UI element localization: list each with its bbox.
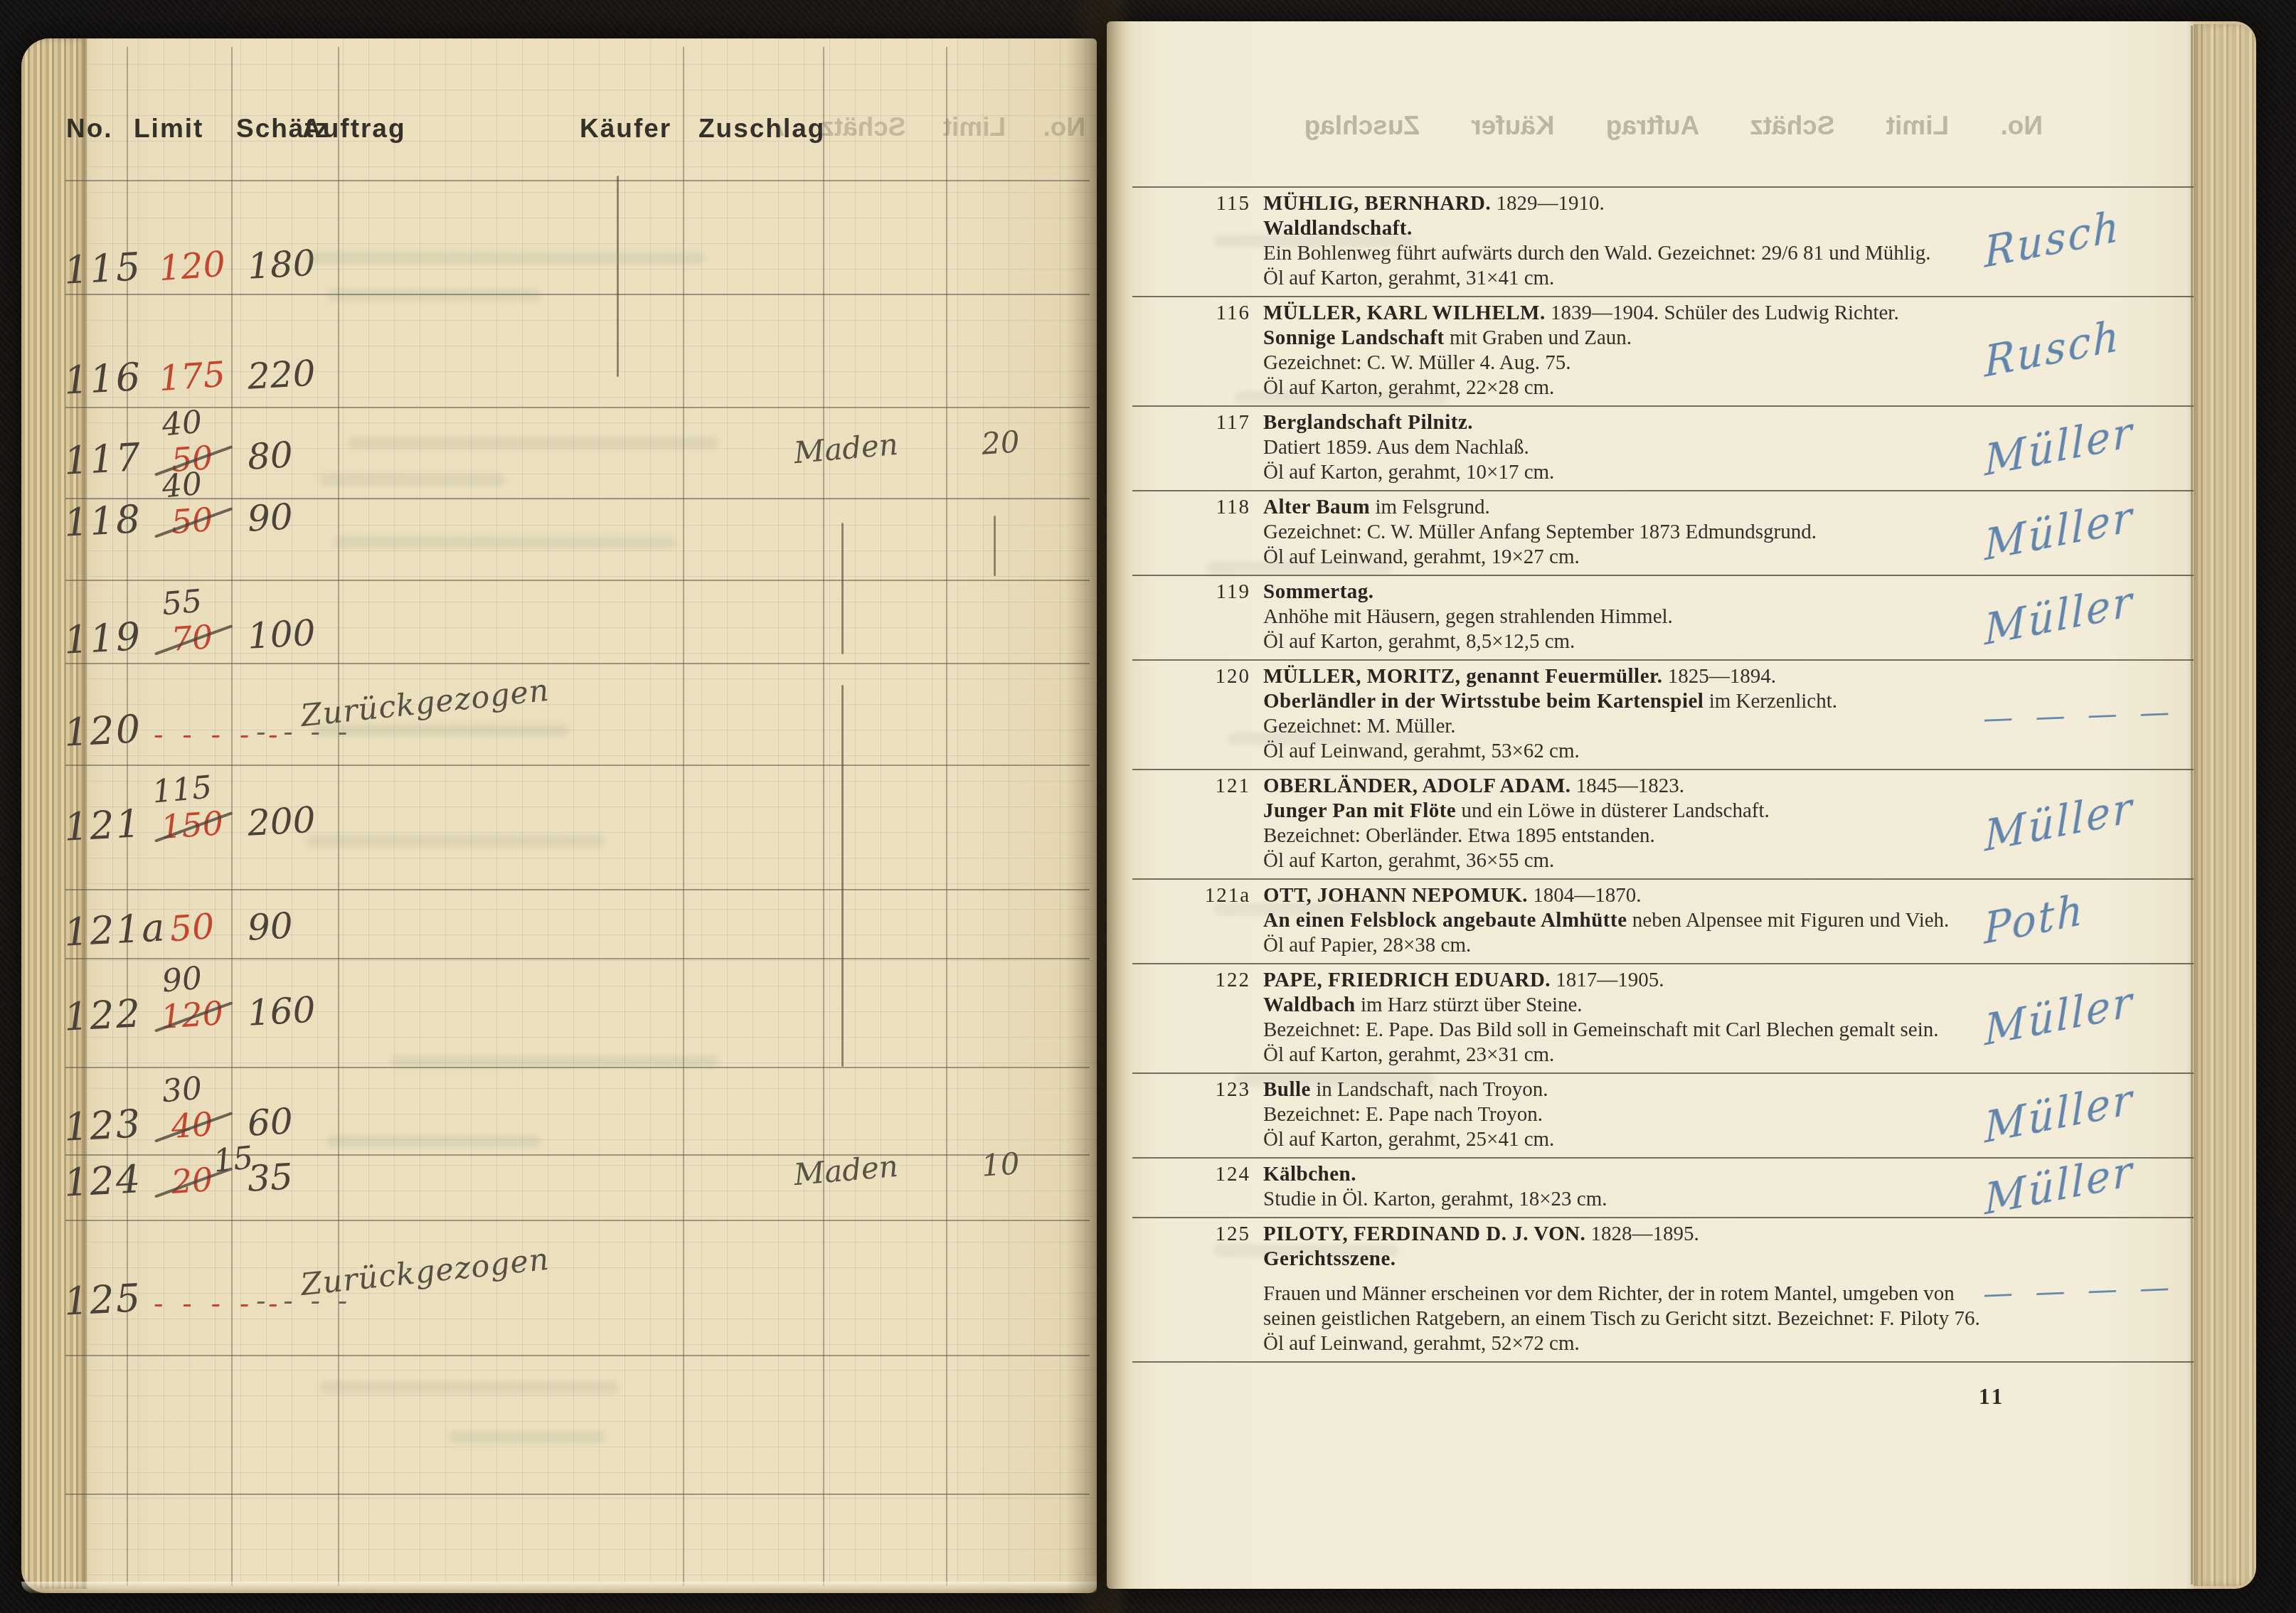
entry-text: Öl auf Karton, gerahmt, 22×28 cm. [1263, 376, 1554, 399]
entry-text-bold: MÜHLIG, BERNHARD. [1263, 192, 1491, 215]
entry-text: Gezeichnet: C. W. Müller Anfang Septembe… [1263, 521, 1817, 543]
entry-text-line: Öl auf Karton, gerahmt, 25×41 cm. [1263, 1127, 2067, 1152]
ledger-row: 120- - - - -- - - -Zurückgezogen [21, 661, 1097, 768]
entry-text-line: Studie in Öl. Karton, gerahmt, 18×23 cm. [1263, 1187, 2067, 1212]
catalog-entry: 122PAPE, FRIEDRICH EDUARD. 1817—1905.Wal… [1132, 964, 2242, 1074]
entry-lot-number: 116 [1132, 302, 1250, 325]
ledger-column-header: No. [66, 114, 113, 144]
buyer-annotation: Müller [1984, 1146, 2134, 1225]
pencil-stroke [841, 685, 844, 1067]
entry-text-line: seinen geistlichen Ratgebern, an einem T… [1263, 1306, 2067, 1331]
withdrawn-note: Zurückgezogen [299, 673, 551, 734]
lot-number: 115 [63, 244, 142, 293]
entry-text: Öl auf Karton, gerahmt, 25×41 cm. [1263, 1128, 1554, 1151]
entry-lot-number: 118 [1132, 496, 1250, 519]
page-stack-edge-right [2194, 24, 2256, 1586]
entry-text-line: Öl auf Papier, 28×38 cm. [1263, 933, 2067, 958]
buyer-name: Maden [792, 1149, 900, 1193]
entry-lot-number: 125 [1132, 1223, 1250, 1246]
limit-cell: 2015 [148, 1112, 236, 1211]
ledger-row-line [65, 1220, 1090, 1221]
catalog-entry: 124Kälbchen.Studie in Öl. Karton, gerahm… [1132, 1159, 2242, 1218]
entry-text: 1825—1894. [1662, 665, 1776, 688]
entry-text-line: Öl auf Karton, gerahmt, 31×41 cm. [1263, 266, 2067, 291]
entry-text: im Harz stürzt über Steine. [1356, 994, 1583, 1016]
entry-text-line: Gerichtsszene. [1263, 1247, 2067, 1272]
entry-text: Öl auf Papier, 28×38 cm. [1263, 934, 1471, 957]
catalog-entry: 115MÜHLIG, BERNHARD. 1829—1910.Waldlands… [1132, 188, 2242, 297]
entry-text-bold: Sommertag. [1263, 580, 1374, 603]
entry-text: Studie in Öl. Karton, gerahmt, 18×23 cm. [1263, 1188, 1607, 1210]
buyer-dashes-annotation: — — — — [1982, 694, 2177, 735]
ledger-row: 121150115200 [21, 756, 1097, 863]
limit-value-red: 50 [147, 905, 238, 952]
entry-text: Öl auf Karton, gerahmt, 10×17 cm. [1263, 461, 1554, 484]
estimate-value: 90 [247, 493, 349, 539]
catalog-entry: 116MÜLLER, KARL WILHELM. 1839—1904. Schü… [1132, 297, 2242, 407]
pencil-stroke [994, 516, 996, 576]
entry-text: neben Alpensee mit Figuren und Vieh. [1627, 909, 1950, 932]
lot-number: 120 [63, 706, 142, 755]
entry-text: in Landschaft, nach Troyon. [1311, 1078, 1548, 1101]
limit-cell: 120 [148, 199, 236, 299]
entry-text-line: Öl auf Leinwand, gerahmt, 52×72 cm. [1263, 1331, 2067, 1356]
lot-number: 125 [63, 1275, 142, 1324]
entry-text-line: MÜLLER, KARL WILHELM. 1839—1904. Schüler… [1263, 301, 2067, 326]
limit-new-value: 115 [137, 768, 228, 812]
page-edge-line [2191, 26, 2193, 1585]
entry-text-line: Datiert 1859. Aus dem Nachlaß. [1263, 435, 2067, 460]
catalog-page: No. Limit Schätz Auftrag Käufer Zuschlag… [1107, 21, 2256, 1589]
page-number: 11 [1979, 1384, 2005, 1410]
lot-number: 124 [63, 1156, 142, 1205]
ledger-row-line [65, 1355, 1090, 1356]
entry-text: Öl auf Karton, gerahmt, 36×55 cm. [1263, 849, 1554, 872]
entry-text-line: Gezeichnet: M. Müller. [1263, 714, 2067, 739]
ledger-row: 115120180 [21, 199, 1097, 306]
entry-text: Öl auf Karton, gerahmt, 23×31 cm. [1263, 1043, 1554, 1066]
estimate-value: 180 [247, 240, 349, 287]
entry-text: 1828—1895. [1585, 1223, 1699, 1245]
estimate-value: 160 [247, 987, 349, 1033]
entry-lot-number: 115 [1132, 192, 1250, 215]
entry-text: im Kerzenlicht. [1704, 690, 1837, 713]
lot-number: 122 [63, 991, 142, 1040]
entry-text-line: Ein Bohlenweg führt aufwärts durch den W… [1263, 241, 2067, 266]
ledger-row: 118504090 [21, 452, 1097, 558]
entry-text-bold: Junger Pan mit Flöte [1263, 799, 1456, 822]
ledger-page: No.LimitSchätzAuftragKäuferZuschlag No. … [21, 38, 1097, 1593]
catalog-entry: 117Berglandschaft Pilnitz.Datiert 1859. … [1132, 407, 2242, 491]
catalog-entry: 121OBERLÄNDER, ADOLF ADAM. 1845—1823.Jun… [1132, 770, 2242, 880]
entry-text-bold: Kälbchen. [1263, 1163, 1356, 1186]
entry-text: Bezeichnet: E. Pape nach Troyon. [1263, 1103, 1543, 1126]
entry-lot-number: 119 [1132, 580, 1250, 604]
entry-text-line: OTT, JOHANN NEPOMUK. 1804—1870. [1263, 883, 2067, 908]
entry-text-line: An einen Felsblock angebaute Almhütte ne… [1263, 908, 2067, 933]
entry-text-line: Sonnige Landschaft mit Graben und Zaun. [1263, 326, 2067, 351]
ledger-row: 125- - - - -- - - -Zurückgezogen [21, 1230, 1097, 1337]
catalog-entry: 118Alter Baum im Felsgrund.Gezeichnet: C… [1132, 491, 2242, 576]
entry-text: Öl auf Karton, gerahmt, 8,5×12,5 cm. [1263, 630, 1575, 653]
entry-text-line: MÜHLIG, BERNHARD. 1829—1910. [1263, 191, 2067, 216]
entry-lot-number: 123 [1132, 1078, 1250, 1102]
entry-text: 1829—1910. [1491, 192, 1605, 215]
entry-text: Frauen und Männer erscheinen vor dem Ric… [1263, 1282, 1955, 1305]
entry-lot-number: 117 [1132, 411, 1250, 435]
entry-text-line: Kälbchen. [1263, 1162, 2067, 1187]
entry-lot-number: 121a [1132, 884, 1250, 907]
entry-text-line: Alter Baum im Felsgrund. [1263, 495, 2067, 520]
limit-cell: 12090 [148, 946, 236, 1045]
entry-text-line: Berglandschaft Pilnitz. [1263, 410, 2067, 435]
ledger-column-header: Auftrag [302, 114, 406, 144]
limit-new-value: 40 [137, 402, 228, 446]
entry-text: Öl auf Leinwand, gerahmt, 52×72 cm. [1263, 1332, 1580, 1355]
limit-cell: 50 [148, 861, 236, 960]
entry-text-bold: An einen Felsblock angebaute Almhütte [1263, 909, 1627, 932]
withdrawn-note: Zurückgezogen [299, 1242, 551, 1303]
entry-lot-number: 124 [1132, 1163, 1250, 1186]
entry-text-bold: Bulle [1263, 1078, 1311, 1101]
entry-text-line: Öl auf Karton, gerahmt, 23×31 cm. [1263, 1043, 2067, 1068]
estimate-value: 35 [247, 1153, 349, 1199]
entry-text-line: Öl auf Karton, gerahmt, 8,5×12,5 cm. [1263, 629, 2067, 654]
entry-text-line: OBERLÄNDER, ADOLF ADAM. 1845—1823. [1263, 774, 2067, 799]
ledger-column-header: Käufer [580, 114, 671, 144]
entry-text: Gezeichnet: M. Müller. [1263, 715, 1456, 738]
entry-text-line: Oberländler in der Wirtsstube beim Karte… [1263, 689, 2067, 714]
entry-text-line: Öl auf Leinwand, gerahmt, 53×62 cm. [1263, 739, 2067, 764]
limit-value-red: 120 [147, 243, 238, 290]
entry-text-bold: Gerichtsszene. [1263, 1247, 1396, 1270]
entry-text-line: Frauen und Männer erscheinen vor dem Ric… [1263, 1282, 2067, 1306]
limit-new-value: 40 [137, 464, 228, 508]
entry-text-line: Öl auf Karton, gerahmt, 36×55 cm. [1263, 848, 2067, 873]
catalog-entry: 123Bulle in Landschaft, nach Troyon.Beze… [1132, 1074, 2242, 1159]
entry-text-line: Gezeichnet: C. W. Müller Anfang Septembe… [1263, 520, 2067, 545]
catalog-entry: 121aOTT, JOHANN NEPOMUK. 1804—1870.An ei… [1132, 880, 2242, 964]
entry-text-bold: Alter Baum [1263, 496, 1370, 518]
entry-text-line: Waldbach im Harz stürzt über Steine. [1263, 993, 2067, 1018]
pencil-stroke [841, 523, 844, 654]
entry-text-bold: PILOTY, FERDINAND D. J. VON. [1263, 1223, 1585, 1245]
entry-text-line: Öl auf Leinwand, gerahmt, 19×27 cm. [1263, 545, 2067, 570]
limit-cell: 5040 [148, 452, 236, 551]
entry-text-line: PILOTY, FERDINAND D. J. VON. 1828—1895. [1263, 1222, 2067, 1247]
entry-text: seinen geistlichen Ratgebern, an einem T… [1263, 1307, 1980, 1330]
entry-text: Gezeichnet: C. W. Müller 4. Aug. 75. [1263, 351, 1571, 374]
entry-text-bold: OBERLÄNDER, ADOLF ADAM. [1263, 774, 1571, 797]
entry-text: Bezeichnet: E. Pape. Das Bild soll in Ge… [1263, 1018, 1939, 1041]
entry-text-bold: Oberländler in der Wirtsstube beim Karte… [1263, 690, 1704, 713]
entry-text-line: Bezeichnet: E. Pape. Das Bild soll in Ge… [1263, 1018, 2067, 1043]
entry-text-bold: PAPE, FRIEDRICH EDUARD. [1263, 969, 1551, 991]
entry-text-line: Bezeichnet: Oberländer. Etwa 1895 entsta… [1263, 824, 2067, 848]
entry-text-line: PAPE, FRIEDRICH EDUARD. 1817—1905. [1263, 968, 2067, 993]
entry-text-bold: Waldlandschaft. [1263, 217, 1413, 240]
buyer-dashes-annotation: — — — — [1982, 1269, 2177, 1310]
entry-text: Öl auf Leinwand, gerahmt, 19×27 cm. [1263, 545, 1580, 568]
entry-text: Öl auf Karton, gerahmt, 31×41 cm. [1263, 267, 1554, 289]
entry-text: mit Graben und Zaun. [1445, 326, 1632, 349]
auction-ledger-book-scan: No.LimitSchätzAuftragKäuferZuschlag No. … [0, 0, 2296, 1613]
entry-lot-number: 120 [1132, 665, 1250, 688]
limit-cell: 150115 [148, 756, 236, 856]
entry-text-line: Waldlandschaft. [1263, 216, 2067, 241]
catalog-entry-list: 115MÜHLIG, BERNHARD. 1829—1910.Waldlands… [1132, 186, 2242, 1363]
entry-text-line: Öl auf Karton, gerahmt, 22×28 cm. [1263, 376, 2067, 400]
catalog-entry: 125PILOTY, FERDINAND D. J. VON. 1828—189… [1132, 1218, 2242, 1363]
lot-number: 121 [63, 801, 142, 850]
lot-number: 118 [63, 496, 142, 545]
estimate-value: 90 [247, 902, 349, 948]
entry-lot-number: 122 [1132, 969, 1250, 992]
ledger-column-header: Limit [134, 114, 203, 144]
limit-new-value: 30 [137, 1068, 228, 1112]
bleed-through-header: No. Limit Schätz Auftrag Käufer Zuschlag [1307, 111, 2043, 141]
entry-text: Ein Bohlenweg führt aufwärts durch den W… [1263, 242, 1931, 265]
entry-text: Bezeichnet: Oberländer. Etwa 1895 entsta… [1263, 824, 1655, 847]
entry-text-line: Junger Pan mit Flöte und ein Löwe in düs… [1263, 799, 2067, 824]
entry-text-line: Bezeichnet: E. Pape nach Troyon. [1263, 1102, 2067, 1127]
entry-text-bold: Waldbach [1263, 994, 1356, 1016]
entry-text: 1804—1870. [1528, 884, 1642, 907]
lot-number: 119 [63, 614, 142, 663]
entry-text: und ein Löwe in düsterer Landschaft. [1456, 799, 1770, 822]
entry-text-bold: MÜLLER, KARL WILHELM. [1263, 302, 1546, 324]
entry-text-line: Sommertag. [1263, 580, 2067, 605]
estimate-value: 200 [247, 797, 349, 843]
entry-text-bold: MÜLLER, MORITZ, genannt Feuermüller. [1263, 665, 1662, 688]
ledger-row: 12212090160 [21, 946, 1097, 1053]
entry-lot-number: 121 [1132, 774, 1250, 798]
ledger-row-line [65, 1494, 1090, 1495]
entry-text: 1817—1905. [1551, 969, 1664, 991]
hammer-price: 10 [980, 1146, 1021, 1183]
estimate-value: 100 [247, 610, 349, 656]
pencil-stroke [617, 176, 619, 377]
entry-text: Anhöhe mit Häusern, gegen strahlenden Hi… [1263, 605, 1673, 628]
limit-new-value: 90 [137, 958, 228, 1002]
entry-text-line: Gezeichnet: C. W. Müller 4. Aug. 75. [1263, 351, 2067, 376]
entry-text: 1839—1904. Schüler des Ludwig Richter. [1546, 302, 1899, 324]
entry-text: im Felsgrund. [1370, 496, 1489, 518]
entry-text-bold: OTT, JOHANN NEPOMUK. [1263, 884, 1528, 907]
ledger-row: 1197055100 [21, 569, 1097, 676]
catalog-entry: 120MÜLLER, MORITZ, genannt Feuermüller. … [1132, 661, 2242, 770]
entry-text: Datiert 1859. Aus dem Nachlaß. [1263, 436, 1529, 459]
ledger-row-line [65, 180, 1090, 181]
catalog-entry: 119Sommertag.Anhöhe mit Häusern, gegen s… [1132, 576, 2242, 661]
entry-text-line: Anhöhe mit Häusern, gegen strahlenden Hi… [1263, 605, 2067, 629]
entry-text-line: MÜLLER, MORITZ, genannt Feuermüller. 182… [1263, 664, 2067, 689]
entry-text: 1845—1823. [1571, 774, 1685, 797]
limit-new-value: 55 [137, 581, 228, 625]
entry-text-bold: Berglandschaft Pilnitz. [1263, 411, 1473, 434]
ledger-column-header: Zuschlag [698, 114, 825, 144]
limit-cell: 7055 [148, 569, 236, 669]
entry-text-bold: Sonnige Landschaft [1263, 326, 1445, 349]
entry-text-line: Bulle in Landschaft, nach Troyon. [1263, 1077, 2067, 1102]
entry-text: Öl auf Leinwand, gerahmt, 53×62 cm. [1263, 740, 1580, 762]
ledger-row: 124201535Maden10 [21, 1112, 1097, 1218]
entry-text-line: Öl auf Karton, gerahmt, 10×17 cm. [1263, 460, 2067, 485]
